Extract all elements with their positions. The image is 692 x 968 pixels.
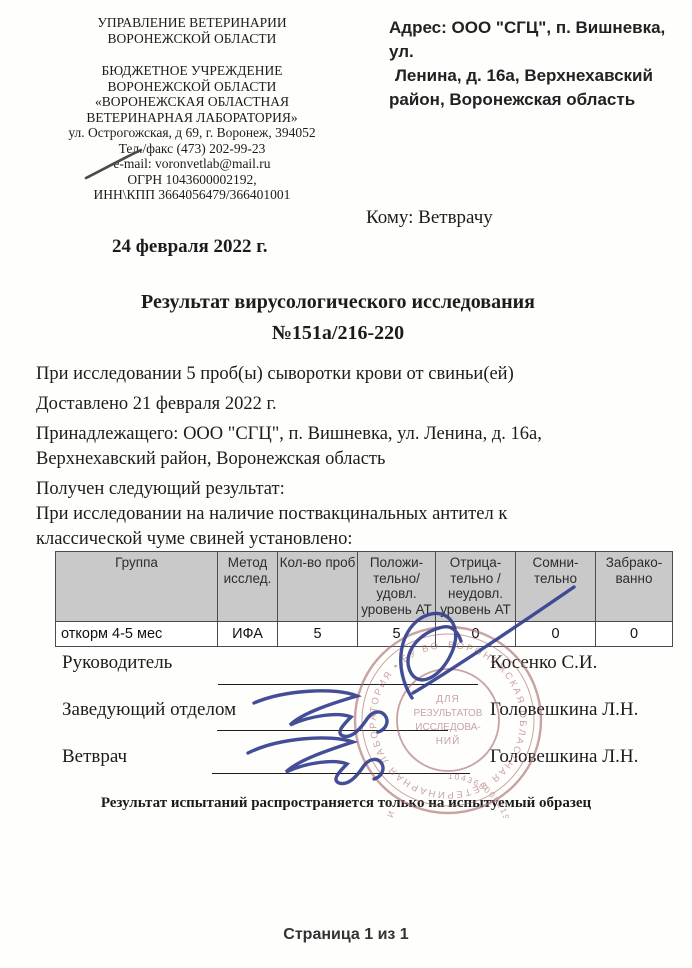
body-line: Получен следующий результат: xyxy=(36,479,672,504)
address-line: Адрес: ООО "СГЦ", п. Вишневка, ул. xyxy=(389,16,685,64)
stamp-center-line: РЕЗУЛЬТАТОВ xyxy=(414,708,483,719)
document-date: 24 февраля 2022 г. xyxy=(112,236,268,258)
cell-method: ИФА xyxy=(218,622,278,647)
title-line-2: №151а/216-220 xyxy=(8,318,668,349)
address-line: Ленина, д. 16а, Верхнехавский xyxy=(389,64,685,88)
page-number: Страница 1 из 1 xyxy=(0,926,692,944)
body-line: Доставлено 21 февраля 2022 г. xyxy=(36,394,672,424)
org-inn-line: ИНН\КПП 3664056479/366401001 xyxy=(52,187,332,203)
recipient-line: Кому: Ветврачу xyxy=(366,207,493,229)
cell-group: откорм 4-5 мес xyxy=(56,622,218,647)
stamp-center-line: ИССЛЕДОВА- xyxy=(415,722,480,733)
org-address-line: ул. Острогожская, д 69, г. Воронеж, 3940… xyxy=(52,125,332,141)
col-header-group: Группа xyxy=(56,552,218,622)
round-stamp-seal: ВОРОНЕЖСКАЯ ОБЛАСТНАЯ ВЕТЕРИНАРНАЯ ЛАБОР… xyxy=(350,622,546,818)
col-header-method: Метод исслед. xyxy=(218,552,278,622)
org-line: ВЕТЕРИНАРНАЯ ЛАБОРАТОРИЯ» xyxy=(52,110,332,126)
org-ogrn-line: ОГРН 1043600002192, xyxy=(52,172,332,188)
body-text: При исследовании 5 проб(ы) сыворотки кро… xyxy=(36,364,672,559)
col-header-doubtful: Сомни- тельно xyxy=(516,552,596,622)
org-line: УПРАВЛЕНИЕ ВЕТЕРИНАРИИ xyxy=(52,15,332,31)
signature-role-director: Руководитель xyxy=(62,652,172,674)
org-line: «ВОРОНЕЖСКАЯ ОБЛАСТНАЯ xyxy=(52,94,332,110)
body-line: Верхнехавский район, Воронежская область xyxy=(36,449,672,479)
title-line-1: Результат вирусологического исследования xyxy=(8,287,668,318)
stamp-center-line: НИЙ xyxy=(436,734,461,747)
col-header-negative: Отрица- тельно / неудовл. уровень АТ xyxy=(436,552,516,622)
stamp-center-line: ДЛЯ xyxy=(436,694,460,705)
col-header-samples: Кол-во проб xyxy=(278,552,358,622)
body-line: При исследовании 5 проб(ы) сыворотки кро… xyxy=(36,364,672,394)
col-header-rejected: Забрако- ванно xyxy=(596,552,673,622)
address-line: район, Воронежская область xyxy=(389,88,685,112)
body-line: Принадлежащего: ООО "СГЦ", п. Вишневка, … xyxy=(36,424,672,449)
org-phone-line: Тел./факс (473) 202-99-23 xyxy=(52,141,332,157)
document-page: УПРАВЛЕНИЕ ВЕТЕРИНАРИИ ВОРОНЕЖСКОЙ ОБЛАС… xyxy=(0,0,692,968)
body-line: При исследовании на наличие поствакцинал… xyxy=(36,504,672,529)
org-line: БЮДЖЕТНОЕ УЧРЕЖДЕНИЕ xyxy=(52,63,332,79)
table-header-row: Группа Метод исслед. Кол-во проб Положи-… xyxy=(56,552,673,622)
document-title: Результат вирусологического исследования… xyxy=(8,287,668,349)
footer-note: Результат испытаний распространяется тол… xyxy=(0,795,692,812)
cell-rejected: 0 xyxy=(596,622,673,647)
col-header-positive: Положи- тельно/ удовл. уровень АТ xyxy=(358,552,436,622)
org-line: ВОРОНЕЖСКОЙ ОБЛАСТИ xyxy=(52,31,332,47)
recipient-address-block: Адрес: ООО "СГЦ", п. Вишневка, ул. Ленин… xyxy=(389,16,685,112)
org-email-line: e-mail: voronvetlab@mail.ru xyxy=(52,156,332,172)
signature-role-vet: Ветврач xyxy=(62,746,127,768)
signature-role-head-of-dept: Заведующий отделом xyxy=(62,699,236,721)
cell-samples: 5 xyxy=(278,622,358,647)
org-header-block: УПРАВЛЕНИЕ ВЕТЕРИНАРИИ ВОРОНЕЖСКОЙ ОБЛАС… xyxy=(52,15,332,203)
org-line: ВОРОНЕЖСКОЙ ОБЛАСТИ xyxy=(52,79,332,95)
